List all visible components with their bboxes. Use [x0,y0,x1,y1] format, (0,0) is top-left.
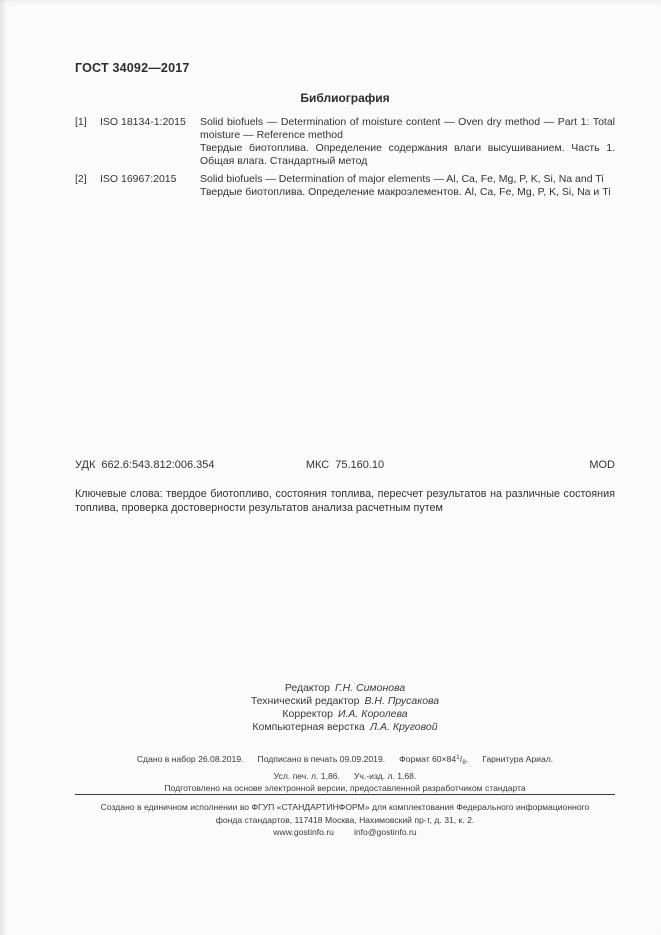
bibliography-title-ru: Твердые биотоплива. Определение содержан… [200,142,615,168]
bibliography-entry: [2] ISO 16967:2015 Solid biofuels — Dete… [75,173,615,199]
bibliography-entry: [1] ISO 18134-1:2015 Solid biofuels — De… [75,116,615,168]
keywords-paragraph: Ключевые слова: твердое биотопливо, сост… [75,487,615,515]
bibliography-standard-code: ISO 16967:2015 [100,173,200,199]
publisher-line-1: Создано в единичном исполнении во ФГУП «… [60,801,630,814]
adoption-code: MOD [435,459,615,471]
credit-name: Г.Н. Симонова [335,682,405,694]
section-title: Библиография [75,91,615,105]
udk-label: УДК [75,459,95,471]
bibliography-description: Solid biofuels — Determination of moistu… [200,116,615,168]
imprint-format: Формат 60×841/8. [399,754,468,764]
bibliography-title-ru: Твердые биотоплива. Определение макроэле… [200,186,615,199]
credit-line: РедакторГ.Н. Симонова [75,682,615,695]
bibliography-standard-code: ISO 18134-1:2015 [100,116,200,168]
imprint-block: Сдано в набор 26.08.2019.Подписано в печ… [75,752,615,795]
document-page: ГОСТ 34092—2017 Библиография [1] ISO 181… [0,0,661,935]
imprint-line-2: Усл. печ. л. 1,86.Уч.-изд. л. 1,68. [75,770,615,783]
credits-block: РедакторГ.Н. Симонова Технический редакт… [75,682,615,734]
imprint-pub-sheets: Уч.-изд. л. 1,68. [354,771,416,781]
bibliography-ref-number: [1] [75,116,100,168]
publisher-email: info@gostinfo.ru [354,827,417,837]
publisher-block: Создано в единичном исполнении во ФГУП «… [60,801,630,839]
bibliography-title-en: Solid biofuels — Determination of moistu… [200,116,615,142]
mks-label: МКС [306,459,329,471]
imprint-typeface: Гарнитура Ариал. [482,754,553,764]
imprint-print-date: Подписано в печать 09.09.2019. [258,754,386,764]
credit-name: И.А. Королева [338,708,408,720]
publisher-line-2: фонда стандартов, 117418 Москва, Нахимов… [60,814,630,827]
credit-role: Технический редактор [251,695,360,707]
credit-line: Технический редакторВ.Н. Прусакова [75,695,615,708]
mks-value: 75.160.10 [335,459,384,471]
imprint-line-1: Сдано в набор 26.08.2019.Подписано в печ… [75,752,615,770]
bibliography-ref-number: [2] [75,173,100,199]
publisher-website: www.gostinfo.ru [273,827,334,837]
classification-row: УДК662.6:543.812:006.354 МКС75.160.10 MO… [75,459,615,471]
credit-line: Компьютерная версткаЛ.А. Круговой [75,721,615,734]
credit-role: Компьютерная верстка [252,721,364,733]
bibliography-description: Solid biofuels — Determination of major … [200,173,615,199]
imprint-conv-sheets: Усл. печ. л. 1,86. [274,771,340,781]
credit-role: Редактор [285,682,330,694]
credit-name: В.Н. Прусакова [364,695,439,707]
doc-code-header: ГОСТ 34092—2017 [75,61,190,75]
imprint-set-date: Сдано в набор 26.08.2019. [137,754,244,764]
credit-line: КорректорИ.А. Королева [75,708,615,721]
imprint-note: Подготовлено на основе электронной верси… [75,782,615,795]
mks-code: МКС75.160.10 [255,459,435,471]
footer-divider [75,794,615,795]
publisher-contacts: www.gostinfo.ruinfo@gostinfo.ru [60,826,630,839]
bibliography-title-en: Solid biofuels — Determination of major … [200,173,615,186]
udk-code: УДК662.6:543.812:006.354 [75,459,255,471]
credit-role: Корректор [282,708,333,720]
credit-name: Л.А. Круговой [370,721,438,733]
bibliography-list: [1] ISO 18134-1:2015 Solid biofuels — De… [75,116,615,204]
udk-value: 662.6:543.812:006.354 [101,459,214,471]
